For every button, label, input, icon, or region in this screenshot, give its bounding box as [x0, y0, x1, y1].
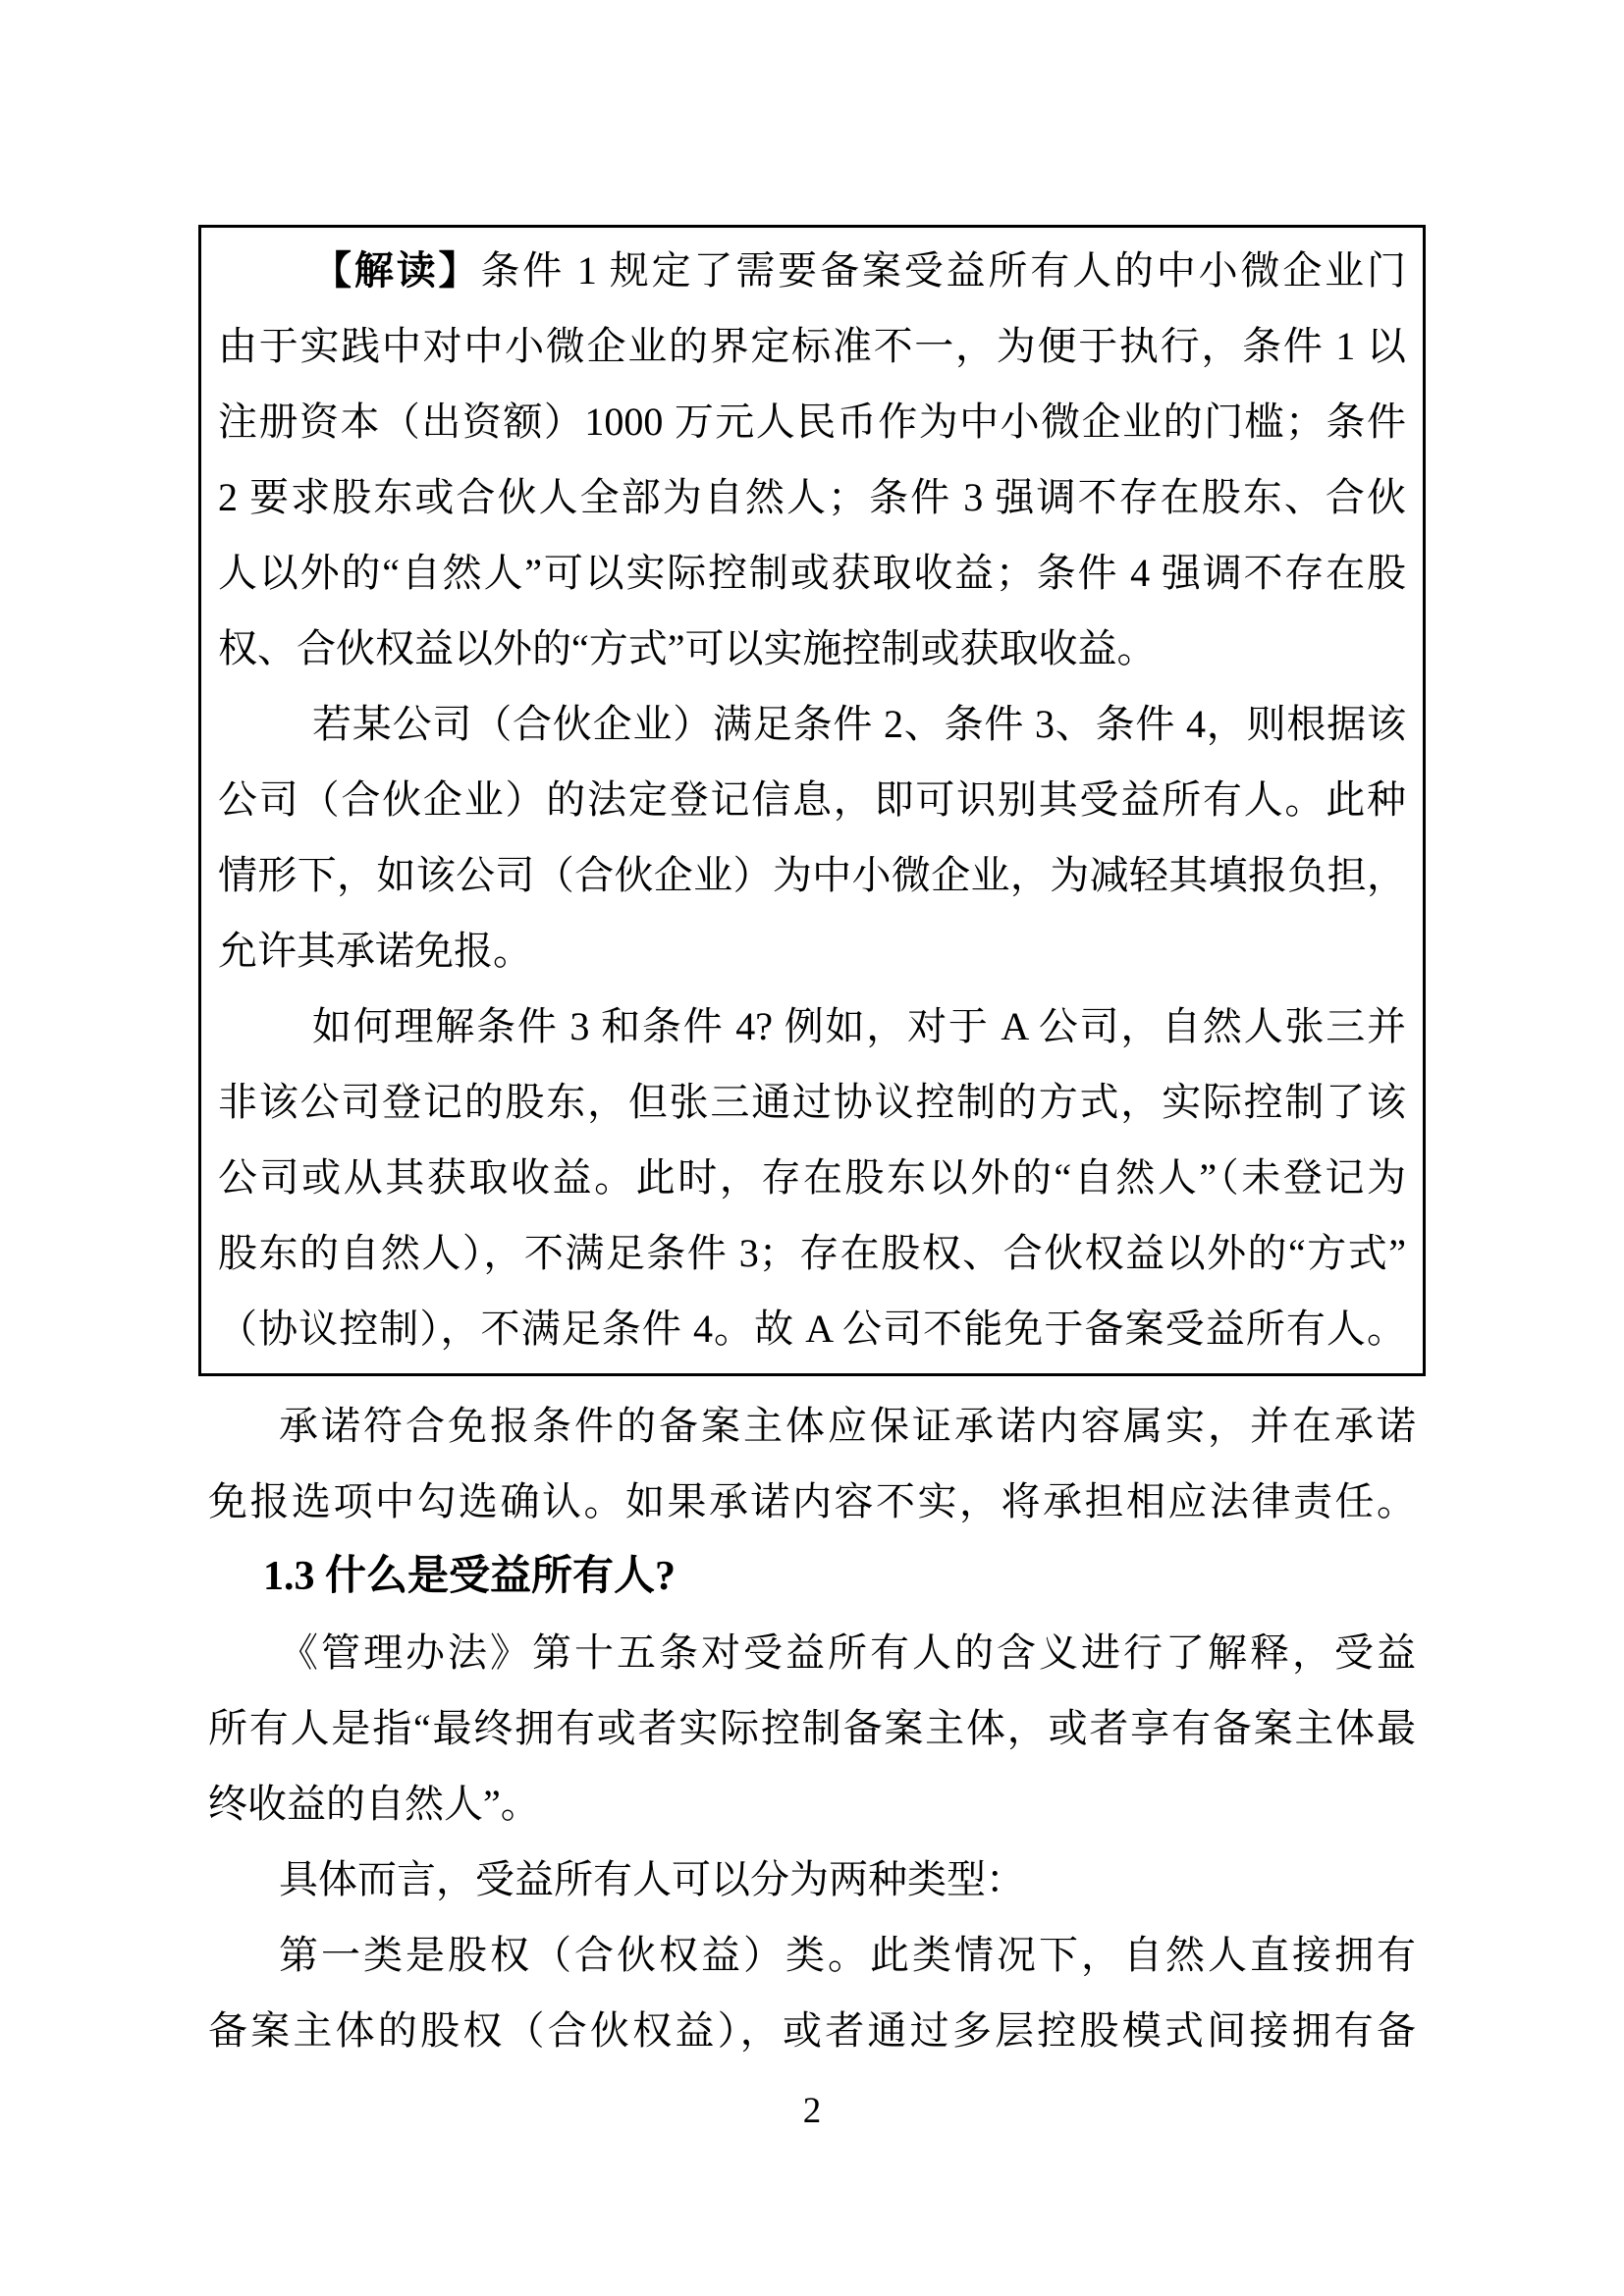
body-line: 备案主体的股权（合伙权益），或者通过多层控股模式间接拥有备 [208, 1993, 1416, 2068]
box-line: 权、合伙权益以外的“方式”可以实施控制或获取收益。 [218, 611, 1406, 686]
document-page: 【解读】条件 1 规定了需要备案受益所有人的中小微企业门槛， 由于实践中对中小微… [0, 0, 1624, 2296]
body-line: 承诺符合免报条件的备案主体应保证承诺内容属实，并在承诺 [208, 1388, 1416, 1464]
body-line: 所有人是指“最终拥有或者实际控制备案主体，或者享有备案主体最 [208, 1690, 1416, 1766]
body-line: 第一类是股权（合伙权益）类。此类情况下，自然人直接拥有 [208, 1917, 1416, 1993]
body-line: 《管理办法》第十五条对受益所有人的含义进行了解释，受益 [208, 1615, 1416, 1690]
box-line: 【解读】条件 1 规定了需要备案受益所有人的中小微企业门槛， [218, 233, 1406, 308]
box-line: 公司（合伙企业）的法定登记信息，即可识别其受益所有人。此种 [218, 762, 1406, 837]
box-line: 情形下，如该公司（合伙企业）为中小微企业，为减轻其填报负担， [218, 837, 1406, 913]
section-heading: 1.3 什么是受益所有人? [208, 1539, 1416, 1615]
text-column: 【解读】条件 1 规定了需要备案受益所有人的中小微企业门槛， 由于实践中对中小微… [208, 225, 1416, 2068]
box-line: 公司或从其获取收益。此时，存在股东以外的“自然人”（未登记为 [218, 1140, 1406, 1215]
interpretation-box: 【解读】条件 1 规定了需要备案受益所有人的中小微企业门槛， 由于实践中对中小微… [198, 225, 1426, 1376]
box-line: 2 要求股东或合伙人全部为自然人；条件 3 强调不存在股东、合伙 [218, 459, 1406, 535]
box-line: 允许其承诺免报。 [218, 913, 1406, 988]
body-text: 承诺符合免报条件的备案主体应保证承诺内容属实，并在承诺 免报选项中勾选确认。如果… [208, 1388, 1416, 2068]
box-line: 如何理解条件 3 和条件 4? 例如，对于 A 公司，自然人张三并 [218, 988, 1406, 1064]
box-line: 若某公司（合伙企业）满足条件 2、条件 3、条件 4，则根据该 [218, 686, 1406, 762]
body-line: 终收益的自然人”。 [208, 1766, 1416, 1842]
box-line: 人以外的“自然人”可以实际控制或获取收益；条件 4 强调不存在股 [218, 535, 1406, 611]
page-number: 2 [0, 2089, 1624, 2134]
body-line: 免报选项中勾选确认。如果承诺内容不实，将承担相应法律责任。 [208, 1464, 1416, 1539]
box-line: 非该公司登记的股东，但张三通过协议控制的方式，实际控制了该 [218, 1064, 1406, 1140]
box-line: 注册资本（出资额）1000 万元人民币作为中小微企业的门槛；条件 [218, 384, 1406, 459]
box-line: 股东的自然人），不满足条件 3；存在股权、合伙权益以外的“方式” [218, 1215, 1406, 1291]
box-line: （协议控制），不满足条件 4。故 A 公司不能免于备案受益所有人。 [218, 1291, 1406, 1366]
interpretation-label: 【解读】 [312, 248, 480, 293]
body-line: 具体而言，受益所有人可以分为两种类型： [208, 1842, 1416, 1917]
box-line: 由于实践中对中小微企业的界定标准不一，为便于执行，条件 1 以 [218, 308, 1406, 384]
